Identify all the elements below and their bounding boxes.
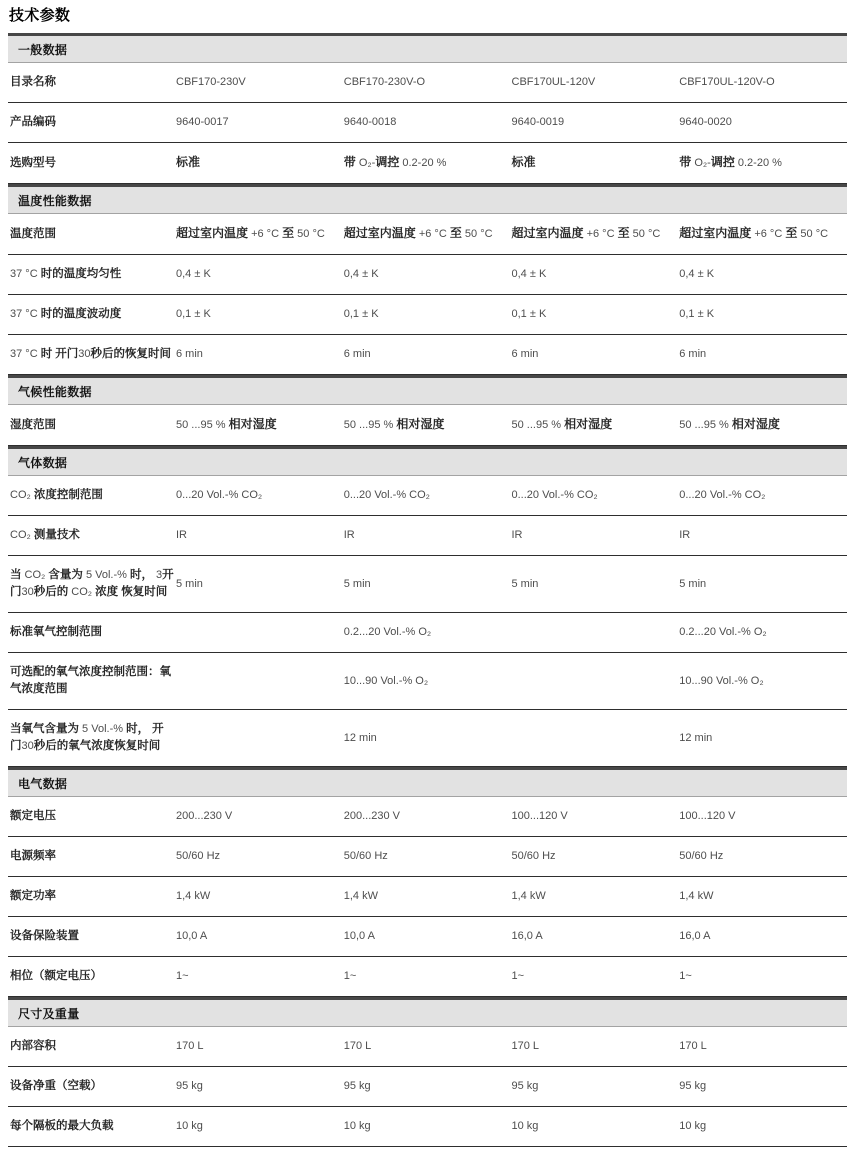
- spec-row: 标准氧气控制范围0.2...20 Vol.-% O₂0.2...20 Vol.-…: [8, 613, 847, 653]
- spec-row: 可选配的氧气浓度控制范围：氧气浓度范围10...90 Vol.-% O₂10..…: [8, 653, 847, 710]
- row-value: 1,4 kW: [679, 888, 847, 905]
- row-value: 1~: [176, 968, 344, 985]
- row-value: CBF170UL-120V: [512, 74, 680, 91]
- row-value: 50 ...95 % 相对湿度: [344, 416, 512, 434]
- row-label: 内部容积: [8, 1038, 176, 1055]
- section-title: 电气数据: [18, 775, 67, 792]
- row-value: 170 L: [176, 1038, 344, 1055]
- row-value: 170 L: [512, 1038, 680, 1055]
- row-value: 0,1 ± K: [344, 306, 512, 323]
- row-value: IR: [176, 527, 344, 544]
- row-value: 超过室内温度 +6 °C 至 50 °C: [176, 225, 344, 243]
- spec-row: 额定电压200...230 V200...230 V100...120 V100…: [8, 797, 847, 837]
- row-value: 16,0 A: [512, 928, 680, 945]
- spec-row: 目录名称CBF170-230VCBF170-230V-OCBF170UL-120…: [8, 63, 847, 103]
- row-value: 0...20 Vol.-% CO₂: [679, 487, 847, 504]
- row-value: 6 min: [176, 346, 344, 363]
- row-value: 0,1 ± K: [176, 306, 344, 323]
- section-header: 温度性能数据: [8, 184, 847, 214]
- row-label: 37 °C 时的温度波动度: [8, 306, 176, 323]
- row-value: 10,0 A: [344, 928, 512, 945]
- spec-row: 当氧气含量为 5 Vol.-% 时， 开门30秒后的氧气浓度恢复时间12 min…: [8, 710, 847, 767]
- row-value: 95 kg: [512, 1078, 680, 1095]
- row-value: 9640-0020: [679, 114, 847, 131]
- row-value: 0,1 ± K: [679, 306, 847, 323]
- row-value: 10...90 Vol.-% O₂: [679, 673, 847, 690]
- spec-row: 额定功率1,4 kW1,4 kW1,4 kW1,4 kW: [8, 877, 847, 917]
- section-title: 一般数据: [18, 41, 67, 58]
- row-value: 5 min: [176, 576, 344, 593]
- row-value: 0,4 ± K: [344, 266, 512, 283]
- row-value: IR: [512, 527, 680, 544]
- row-value: 200...230 V: [344, 808, 512, 825]
- row-value: 0...20 Vol.-% CO₂: [176, 487, 344, 504]
- row-value: IR: [679, 527, 847, 544]
- row-label: 当氧气含量为 5 Vol.-% 时， 开门30秒后的氧气浓度恢复时间: [8, 721, 176, 755]
- section-header: 尺寸及重量: [8, 997, 847, 1027]
- datasheet-page: 技术参数 一般数据目录名称CBF170-230VCBF170-230V-OCBF…: [0, 0, 864, 1151]
- row-label: 每个隔板的最大负载: [8, 1118, 176, 1135]
- row-value: IR: [344, 527, 512, 544]
- section-title: 气候性能数据: [18, 383, 92, 400]
- row-value: 50/60 Hz: [512, 848, 680, 865]
- row-value: 50/60 Hz: [344, 848, 512, 865]
- row-value: 0,4 ± K: [176, 266, 344, 283]
- section-header: 电气数据: [8, 767, 847, 797]
- row-value: 5 min: [344, 576, 512, 593]
- row-value: 12 min: [344, 730, 512, 747]
- row-value: 带 O₂-调控 0.2-20 %: [344, 154, 512, 172]
- row-value: 5 min: [679, 576, 847, 593]
- row-value: 95 kg: [176, 1078, 344, 1095]
- row-value: 5 min: [512, 576, 680, 593]
- row-value: 超过室内温度 +6 °C 至 50 °C: [344, 225, 512, 243]
- row-value: 1~: [679, 968, 847, 985]
- spec-table: 一般数据目录名称CBF170-230VCBF170-230V-OCBF170UL…: [8, 33, 847, 1147]
- row-value: 16,0 A: [679, 928, 847, 945]
- section-title: 温度性能数据: [18, 192, 92, 209]
- row-label: 产品编码: [8, 114, 176, 131]
- row-value: 0.2...20 Vol.-% O₂: [679, 624, 847, 641]
- row-value: 50/60 Hz: [176, 848, 344, 865]
- row-value: 1,4 kW: [512, 888, 680, 905]
- row-label: CO₂ 测量技术: [8, 527, 176, 544]
- row-value: CBF170UL-120V-O: [679, 74, 847, 91]
- spec-row: 当 CO₂ 含量为 5 Vol.-% 时， 3开门30秒后的 CO₂ 浓度 恢复…: [8, 556, 847, 613]
- row-label: 电源频率: [8, 848, 176, 865]
- row-value: 200...230 V: [176, 808, 344, 825]
- row-value: 标准: [512, 154, 680, 172]
- row-value: 1,4 kW: [344, 888, 512, 905]
- row-value: 0,1 ± K: [512, 306, 680, 323]
- spec-row: 内部容积170 L170 L170 L170 L: [8, 1027, 847, 1067]
- spec-row: 选购型号标准带 O₂-调控 0.2-20 %标准带 O₂-调控 0.2-20 %: [8, 143, 847, 184]
- row-value: 0.2...20 Vol.-% O₂: [344, 624, 512, 641]
- row-value: 1,4 kW: [176, 888, 344, 905]
- section-title: 气体数据: [18, 454, 67, 471]
- row-value: 1~: [512, 968, 680, 985]
- section-header: 气体数据: [8, 446, 847, 476]
- row-label: CO₂ 浓度控制范围: [8, 487, 176, 504]
- row-value: 10 kg: [176, 1118, 344, 1135]
- row-value: 50 ...95 % 相对湿度: [679, 416, 847, 434]
- spec-row: 温度范围超过室内温度 +6 °C 至 50 °C超过室内温度 +6 °C 至 5…: [8, 214, 847, 255]
- spec-row: 湿度范围50 ...95 % 相对湿度50 ...95 % 相对湿度50 ...…: [8, 405, 847, 446]
- row-label: 37 °C 时 开门30秒后的恢复时间: [8, 346, 176, 363]
- row-value: 带 O₂-调控 0.2-20 %: [679, 154, 847, 172]
- row-value: 170 L: [344, 1038, 512, 1055]
- section-header: 一般数据: [8, 33, 847, 63]
- row-value: 9640-0017: [176, 114, 344, 131]
- spec-row: 37 °C 时的温度波动度0,1 ± K0,1 ± K0,1 ± K0,1 ± …: [8, 295, 847, 335]
- row-label: 可选配的氧气浓度控制范围：氧气浓度范围: [8, 664, 176, 698]
- row-value: 50 ...95 % 相对湿度: [176, 416, 344, 434]
- row-value: 9640-0018: [344, 114, 512, 131]
- row-value: 超过室内温度 +6 °C 至 50 °C: [679, 225, 847, 243]
- row-label: 37 °C 时的温度均匀性: [8, 266, 176, 283]
- row-label: 标准氧气控制范围: [8, 624, 176, 641]
- row-value: 95 kg: [679, 1078, 847, 1095]
- row-value: CBF170-230V: [176, 74, 344, 91]
- row-label: 当 CO₂ 含量为 5 Vol.-% 时， 3开门30秒后的 CO₂ 浓度 恢复…: [8, 567, 176, 601]
- row-value: 0,4 ± K: [512, 266, 680, 283]
- row-value: 10 kg: [344, 1118, 512, 1135]
- row-label: 目录名称: [8, 74, 176, 91]
- row-value: 100...120 V: [512, 808, 680, 825]
- row-value: 170 L: [679, 1038, 847, 1055]
- spec-row: 37 °C 时的温度均匀性0,4 ± K0,4 ± K0,4 ± K0,4 ± …: [8, 255, 847, 295]
- row-label: 设备净重（空载）: [8, 1078, 176, 1095]
- row-value: 6 min: [344, 346, 512, 363]
- row-value: 0...20 Vol.-% CO₂: [512, 487, 680, 504]
- spec-row: CO₂ 测量技术IRIRIRIR: [8, 516, 847, 556]
- row-label: 相位（额定电压）: [8, 968, 176, 985]
- spec-row: 产品编码9640-00179640-00189640-00199640-0020: [8, 103, 847, 143]
- row-value: 6 min: [679, 346, 847, 363]
- row-value: 10,0 A: [176, 928, 344, 945]
- row-value: 10...90 Vol.-% O₂: [344, 673, 512, 690]
- row-value: 100...120 V: [679, 808, 847, 825]
- row-value: 12 min: [679, 730, 847, 747]
- row-label: 温度范围: [8, 226, 176, 243]
- row-value: 标准: [176, 154, 344, 172]
- row-value: 0,4 ± K: [679, 266, 847, 283]
- spec-row: 相位（额定电压）1~1~1~1~: [8, 957, 847, 997]
- row-value: 6 min: [512, 346, 680, 363]
- row-value: CBF170-230V-O: [344, 74, 512, 91]
- row-value: 0...20 Vol.-% CO₂: [344, 487, 512, 504]
- spec-row: 37 °C 时 开门30秒后的恢复时间6 min6 min6 min6 min: [8, 335, 847, 375]
- row-value: 1~: [344, 968, 512, 985]
- row-label: 额定电压: [8, 808, 176, 825]
- row-label: 设备保险装置: [8, 928, 176, 945]
- row-value: 10 kg: [512, 1118, 680, 1135]
- row-value: 超过室内温度 +6 °C 至 50 °C: [512, 225, 680, 243]
- spec-row: 每个隔板的最大负载10 kg10 kg10 kg10 kg: [8, 1107, 847, 1147]
- row-value: 10 kg: [679, 1118, 847, 1135]
- page-title: 技术参数: [8, 8, 847, 23]
- row-value: 9640-0019: [512, 114, 680, 131]
- row-label: 湿度范围: [8, 417, 176, 434]
- spec-row: 设备净重（空载）95 kg95 kg95 kg95 kg: [8, 1067, 847, 1107]
- row-value: 50/60 Hz: [679, 848, 847, 865]
- row-label: 选购型号: [8, 155, 176, 172]
- spec-row: CO₂ 浓度控制范围0...20 Vol.-% CO₂0...20 Vol.-%…: [8, 476, 847, 516]
- row-value: 95 kg: [344, 1078, 512, 1095]
- spec-row: 设备保险装置10,0 A10,0 A16,0 A16,0 A: [8, 917, 847, 957]
- row-label: 额定功率: [8, 888, 176, 905]
- row-value: 50 ...95 % 相对湿度: [512, 416, 680, 434]
- section-title: 尺寸及重量: [18, 1005, 80, 1022]
- spec-row: 电源频率50/60 Hz50/60 Hz50/60 Hz50/60 Hz: [8, 837, 847, 877]
- section-header: 气候性能数据: [8, 375, 847, 405]
